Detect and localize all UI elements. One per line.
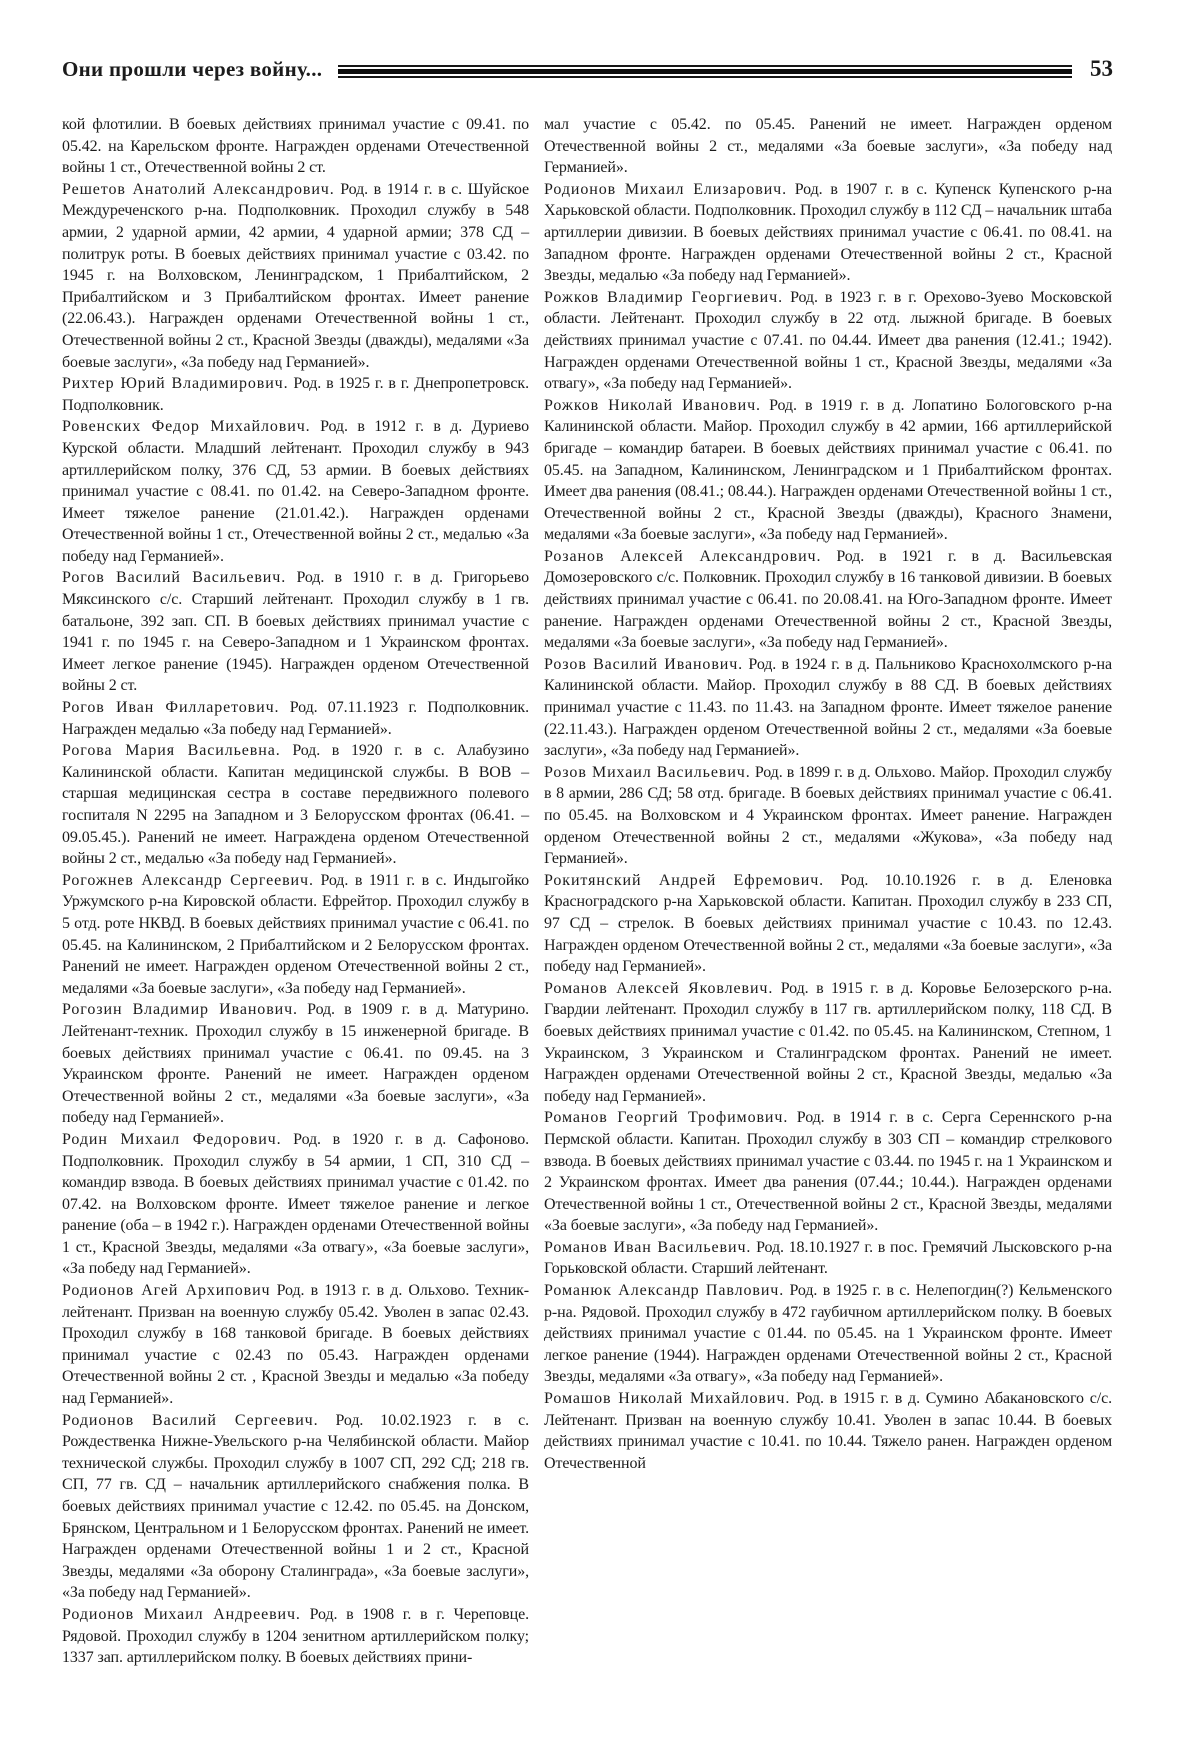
entry-name: Родин Михаил Федорович. xyxy=(62,1131,282,1148)
text-columns: кой флотилии. В боевых действиях принима… xyxy=(62,114,1113,1669)
entry-name: Рожков Николай Иванович. xyxy=(544,397,761,414)
entry: Родионов Василий Сергеевич. Род. 10.02.1… xyxy=(62,1410,529,1604)
entry-name: Рогожнев Александр Сергеевич. xyxy=(62,872,314,889)
entry: Рогожнев Александр Сергеевич. Род. в 191… xyxy=(62,870,529,1000)
entry: Рожков Николай Иванович. Род. в 1919 г. … xyxy=(544,395,1112,546)
entry-name: Родионов Агей Архипович xyxy=(62,1282,271,1299)
entry: Ровенских Федор Михайлович. Род. в 1912 … xyxy=(62,416,529,567)
entry-name: Романюк Александр Павлович. xyxy=(544,1282,784,1299)
entry-text: Род. в 1920 г. в с. Алабузино Калининско… xyxy=(62,742,529,867)
entry: Романюк Александр Павлович. Род. в 1925 … xyxy=(544,1280,1112,1388)
column-left: кой флотилии. В боевых действиях принима… xyxy=(62,114,529,1669)
entry: Рогов Василий Васильевич. Род. в 1910 г.… xyxy=(62,567,529,697)
entry-name: Романов Иван Васильевич. xyxy=(544,1239,751,1256)
rule-thin-top xyxy=(338,65,1072,67)
entry-text: Род. в 1910 г. в д. Григорьево Мяксинско… xyxy=(62,569,529,694)
entry: кой флотилии. В боевых действиях принима… xyxy=(62,114,529,179)
entry-text: кой флотилии. В боевых действиях принима… xyxy=(62,116,529,176)
entry-name: Романов Алексей Яковлевич. xyxy=(544,980,773,997)
entry-name: Родионов Василий Сергеевич. xyxy=(62,1412,319,1429)
entry-name: Рокитянский Андрей Ефремович. xyxy=(544,872,824,889)
entry-text: Род. в 1914 г. в с. Шуйское Междуреченск… xyxy=(62,181,529,371)
entry-name: Рогозин Владимир Иванович. xyxy=(62,1001,298,1018)
entry: Романов Георгий Трофимович. Род. в 1914 … xyxy=(544,1107,1112,1237)
entry-name: Рихтер Юрий Владимирович. xyxy=(62,375,289,392)
entry: Рокитянский Андрей Ефремович. Род. 10.10… xyxy=(544,870,1112,978)
entry-name: Рогов Василий Васильевич. xyxy=(62,569,286,586)
entry-text: Род. в 1915 г. в д. Коровье Белозерского… xyxy=(544,980,1112,1105)
entry: Рихтер Юрий Владимирович. Род. в 1925 г.… xyxy=(62,373,529,416)
entry-name: Рожков Владимир Георгиевич. xyxy=(544,289,783,306)
entry-text: Род. в 1919 г. в д. Лопатино Бологовског… xyxy=(544,397,1112,544)
entry-name: Решетов Анатолий Александрович. xyxy=(62,181,335,198)
entry: Романов Алексей Яковлевич. Род. в 1915 г… xyxy=(544,978,1112,1108)
entry: Розанов Алексей Александрович. Род. в 19… xyxy=(544,546,1112,654)
entry-text: Род. в 1911 г. в с. Индыгойко Уржумского… xyxy=(62,872,529,997)
entry: Родионов Агей Архипович Род. в 1913 г. в… xyxy=(62,1280,529,1410)
entry: Родионов Михаил Андреевич. Род. в 1908 г… xyxy=(62,1604,529,1669)
entry-name: Романов Георгий Трофимович. xyxy=(544,1109,788,1126)
running-title: Они прошли через войну... xyxy=(62,57,322,82)
page-number: 53 xyxy=(1090,56,1113,82)
entry-text: Род. в 1913 г. в д. Ольхово. Техник-лейт… xyxy=(62,1282,529,1407)
entry-name: Ровенских Федор Михайлович. xyxy=(62,418,311,435)
entry: Рогов Иван Филларетович. Род. 07.11.1923… xyxy=(62,697,529,740)
entry: Розов Михаил Васильевич. Род. в 1899 г. … xyxy=(544,762,1112,870)
entry-name: Розов Михаил Васильевич. xyxy=(544,764,751,781)
entry-text: Род. в 1920 г. в д. Сафоново. Подполковн… xyxy=(62,1131,529,1278)
entry-name: Ромашов Николай Михайлович. xyxy=(544,1390,790,1407)
entry-name: Рогов Иван Филларетович. xyxy=(62,699,279,716)
entry-name: Рогова Мария Васильевна. xyxy=(62,742,281,759)
entry: Романов Иван Васильевич. Род. 18.10.1927… xyxy=(544,1237,1112,1280)
entry: Решетов Анатолий Александрович. Род. в 1… xyxy=(62,179,529,373)
entry: Розов Василий Иванович. Род. в 1924 г. в… xyxy=(544,654,1112,762)
page-header: Они прошли через войну... 53 xyxy=(62,52,1113,86)
entry: Рогозин Владимир Иванович. Род. в 1909 г… xyxy=(62,999,529,1129)
entry: Родин Михаил Федорович. Род. в 1920 г. в… xyxy=(62,1129,529,1280)
entry: Ромашов Николай Михайлович. Род. в 1915 … xyxy=(544,1388,1112,1474)
entry: Рогова Мария Васильевна. Род. в 1920 г. … xyxy=(62,740,529,870)
entry-text: Род. в 1909 г. в д. Матурино. Лейтенант-… xyxy=(62,1001,529,1126)
entry-text: Род. 10.02.1923 г. в с. Рождественка Ниж… xyxy=(62,1412,529,1602)
entry-name: Родионов Михаил Андреевич. xyxy=(62,1606,301,1623)
entry: Родионов Михаил Елизарович. Род. в 1907 … xyxy=(544,179,1112,287)
entry: мал участие с 05.42. по 05.45. Ранений н… xyxy=(544,114,1112,179)
rule-thick-middle xyxy=(338,69,1072,74)
column-right: мал участие с 05.42. по 05.45. Ранений н… xyxy=(544,114,1112,1669)
entry-name: Розанов Алексей Александрович. xyxy=(544,548,821,565)
entry-name: Родионов Михаил Елизарович. xyxy=(544,181,787,198)
entry-name: Розов Василий Иванович. xyxy=(544,656,743,673)
entry-text: Род. в 1912 г. в д. Дуриево Курской обла… xyxy=(62,418,529,565)
rule-thin-bottom xyxy=(338,76,1072,78)
entry: Рожков Владимир Георгиевич. Род. в 1923 … xyxy=(544,287,1112,395)
entry-text: мал участие с 05.42. по 05.45. Ранений н… xyxy=(544,116,1112,176)
entry-text: Род. в 1914 г. в с. Серга Сереннского р-… xyxy=(544,1109,1112,1234)
header-rule-divider xyxy=(338,65,1072,78)
